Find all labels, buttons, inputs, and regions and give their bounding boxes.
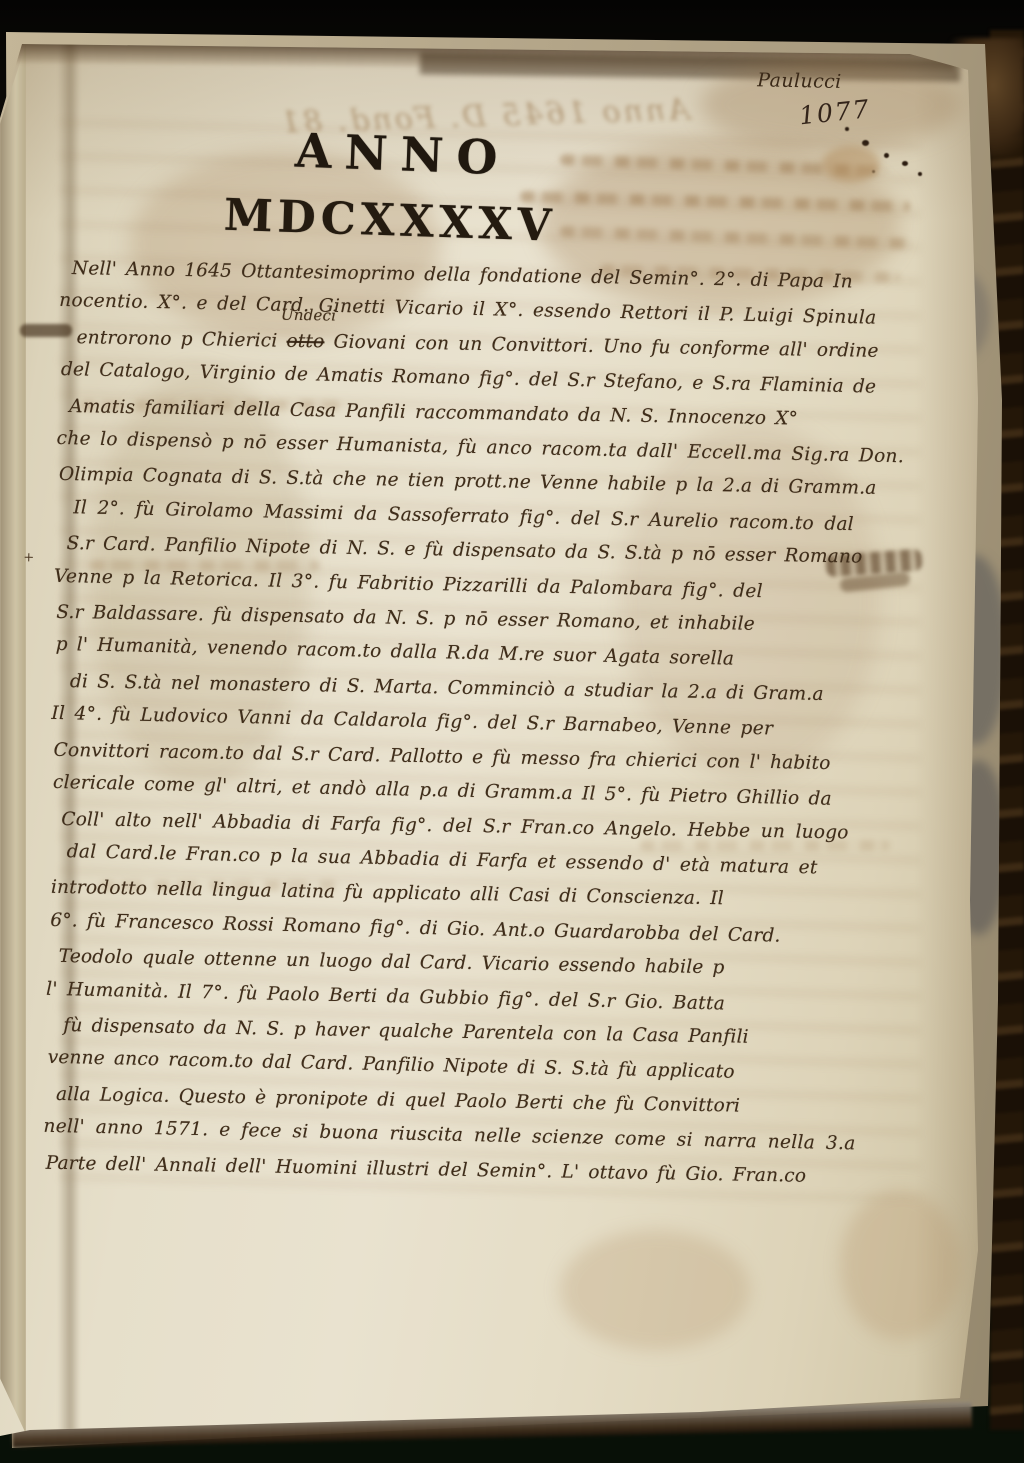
struck-word: otto xyxy=(286,331,324,353)
heading-anno: ANNO xyxy=(294,124,511,187)
ink-blot xyxy=(902,161,908,166)
paper-stain xyxy=(560,1230,750,1350)
ochre-smudge xyxy=(822,146,880,182)
manuscript-page: Anno 1645 D. Fond. 81 1077 ANNO MDCXXXXV… xyxy=(0,0,1024,1463)
correction: ottoUndeci xyxy=(286,325,325,360)
manuscript-lines: + Nell' Anno 1645 Ottantesimoprimo della… xyxy=(45,251,903,1196)
ink-blot xyxy=(918,172,922,176)
ink-blot xyxy=(884,153,889,158)
interlinear-insertion: Undeci xyxy=(281,307,336,323)
ink-blot xyxy=(862,140,869,146)
paper-stain xyxy=(840,1190,960,1340)
margin-mark: + xyxy=(23,550,34,565)
line-text: entrorono p Chierici xyxy=(76,327,286,352)
previous-leaf-edge xyxy=(0,44,26,1434)
line-text: Giovani con un Convittori. Uno fu confor… xyxy=(324,331,879,361)
ink-blot xyxy=(845,127,849,131)
